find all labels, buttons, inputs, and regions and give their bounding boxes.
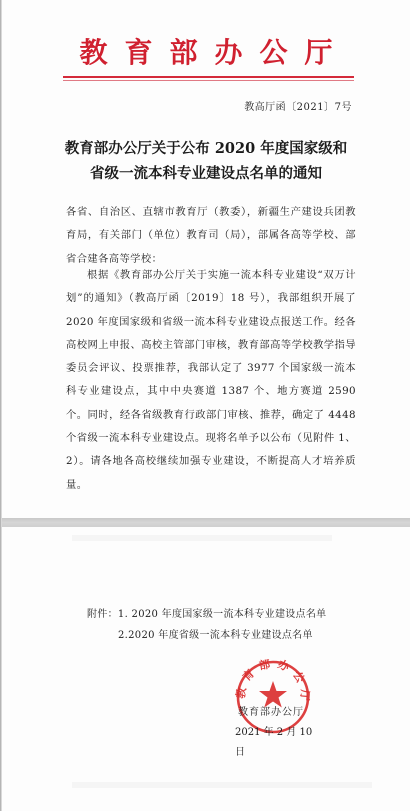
bleed-through-mark [72, 535, 332, 541]
signature-block: 教育部办公厅 2021 年 2 月 10 日 [235, 703, 325, 763]
letterhead-rule-thin [63, 80, 354, 81]
attachment-item-1-text: 1. 2020 年度国家级一流本科专业建设点名单 [118, 609, 327, 620]
letterhead-title: 教育部办公厅 [2, 36, 410, 70]
letterhead-rule-thick [63, 76, 354, 78]
attachment-item-1: 附件：1. 2020 年度国家级一流本科专业建设点名单 [87, 604, 326, 625]
document-title-line-1: 教育部办公厅关于公布 2020 年度国家级和 [2, 136, 410, 161]
attachments-label: 附件： [87, 609, 118, 620]
document-title-line-2: 省级一流本科专业建设点名单的通知 [2, 161, 410, 186]
attachment-item-2: 2.2020 年度省级一流本科专业建设点名单 [87, 625, 326, 646]
bleed-through-mark [72, 782, 372, 788]
document-number: 教高厅函〔2021〕7号 [244, 98, 352, 113]
page-1: 教育部办公厅 教高厅函〔2021〕7号 教育部办公厅关于公布 2020 年度国家… [2, 0, 410, 518]
document-title: 教育部办公厅关于公布 2020 年度国家级和 省级一流本科专业建设点名单的通知 [2, 136, 410, 186]
addressee: 各省、自治区、直辖市教育厅（教委），新疆生产建设兵团教育局，有关部门（单位）教育… [66, 201, 356, 271]
signature-date: 2021 年 2 月 10 日 [235, 723, 325, 763]
page-separator [2, 518, 410, 527]
attachments-list: 附件：1. 2020 年度国家级一流本科专业建设点名单 2.2020 年度省级一… [87, 604, 326, 646]
document-viewer: 教育部办公厅 教高厅函〔2021〕7号 教育部办公厅关于公布 2020 年度国家… [0, 0, 410, 811]
page-2: 附件：1. 2020 年度国家级一流本科专业建设点名单 2.2020 年度省级一… [2, 527, 410, 811]
signature-organization: 教育部办公厅 [235, 703, 325, 723]
body-paragraph: 根据《教育部办公厅关于实施一流本科专业建设“双万计划”的通知》（教高厅函〔201… [66, 264, 356, 497]
